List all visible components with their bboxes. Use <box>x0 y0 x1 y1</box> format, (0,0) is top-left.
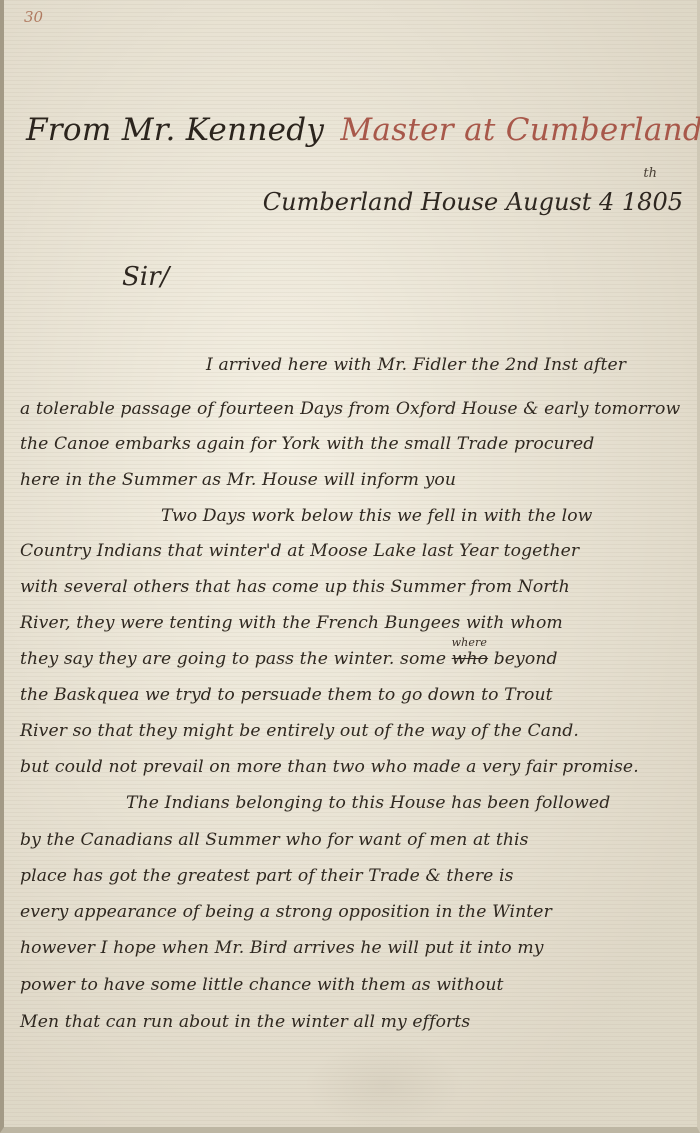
letter-page: 30 From Mr. Kennedy Master at Cumberland… <box>0 0 700 1133</box>
body-line: but could not prevail on more than two w… <box>20 757 639 777</box>
body-line: The Indians belonging to this House has … <box>126 793 610 813</box>
dateline-superscript: th <box>643 166 657 181</box>
body-line: Men that can run about in the winter all… <box>20 1012 470 1032</box>
body-line: by the Canadians all Summer who for want… <box>20 830 529 850</box>
dateline-text: Cumberland House August 4 1805 <box>263 188 683 216</box>
body-line: River so that they might be entirely out… <box>20 721 579 741</box>
body-line: Two Days work below this we fell in with… <box>161 506 592 526</box>
body-line: I arrived here with Mr. Fidler the 2nd I… <box>206 355 626 375</box>
body-line: Country Indians that winter'd at Moose L… <box>20 541 579 561</box>
page-number: 30 <box>24 8 43 26</box>
heading-title: Master at Cumberland <box>340 112 700 148</box>
body-line: every appearance of being a strong oppos… <box>20 902 552 922</box>
body-line: the Baskquea we tryd to persuade them to… <box>20 685 553 705</box>
heading-from: From Mr. Kennedy <box>26 112 324 148</box>
inline-correction: where who <box>452 649 488 669</box>
body-line: power to have some little chance with th… <box>20 975 504 995</box>
body-line: place has got the greatest part of their… <box>20 866 514 886</box>
body-line: however I hope when Mr. Bird arrives he … <box>20 938 544 958</box>
body-line: the Canoe embarks again for York with th… <box>20 434 594 454</box>
struck-word: who <box>452 649 488 669</box>
ink-bleed-stain <box>304 1040 464 1130</box>
body-line: here in the Summer as Mr. House will inf… <box>20 470 456 490</box>
inserted-word: where <box>452 636 487 649</box>
body-line: a tolerable passage of fourteen Days fro… <box>20 399 680 419</box>
letter-heading: From Mr. Kennedy Master at Cumberland <box>26 112 700 148</box>
body-line-with-correction: they say they are going to pass the wint… <box>20 649 558 669</box>
body-line-text-end: beyond <box>494 649 558 669</box>
dateline: Cumberland House August 4 1805 th <box>263 188 683 216</box>
salutation: Sir/ <box>122 262 169 292</box>
body-line: with several others that has come up thi… <box>20 577 570 597</box>
body-line-text: they say they are going to pass the wint… <box>20 649 446 669</box>
body-line: River, they were tenting with the French… <box>20 613 563 633</box>
